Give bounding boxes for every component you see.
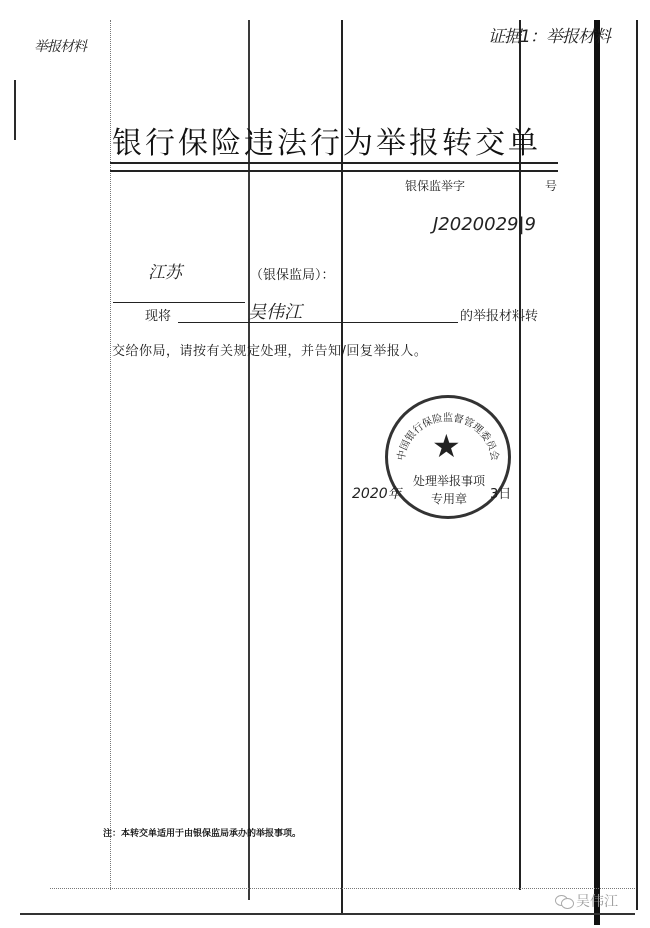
- bottom-rule: [20, 913, 635, 915]
- footnote: 注：本转交单适用于由银保监局承办的举报事项。: [103, 826, 301, 839]
- scanned-document: 举报材料 证据1：举报材料 银行保险违法行为举报转交单 银保监举字 号 J202…: [0, 0, 650, 928]
- doc-number-label: 银保监举字: [405, 177, 465, 194]
- body-line1-prefix: 现将: [145, 305, 171, 324]
- date-day: 3日: [490, 483, 511, 502]
- title-rule: [110, 162, 558, 164]
- doc-number-suffix: 号: [545, 177, 557, 194]
- star-icon: ★: [432, 430, 461, 462]
- wechat-icon: [555, 895, 573, 907]
- body-line2: 交给你局，请按有关规定处理，并告知/回复举报人。: [112, 340, 427, 359]
- recipient-suffix: （银保监局）：: [250, 264, 335, 283]
- document-title: 银行保险违法行为举报转交单: [112, 118, 572, 162]
- handwritten-note-top-right: 证据1：举报材料: [488, 22, 610, 47]
- watermark: 吴伟江: [555, 891, 618, 911]
- body-line1-suffix: 的举报材料转: [460, 305, 538, 324]
- doc-number-value: J2020029|9: [433, 214, 536, 235]
- seal-line1: 处理举报事项: [404, 472, 494, 489]
- reporter-name: 吴伟江: [248, 298, 302, 324]
- seal-line2: 专用章: [404, 490, 494, 507]
- handwritten-note-top-left: 举报材料: [34, 36, 86, 56]
- title-rule: [110, 170, 558, 172]
- recipient-underline: [113, 282, 245, 303]
- scan-artifact-line: [594, 20, 600, 925]
- name-underline: [178, 322, 458, 323]
- scan-artifact-line: [110, 20, 111, 890]
- date-year: 2020年: [352, 483, 402, 503]
- recipient-value: 江苏: [148, 258, 182, 283]
- watermark-text: 吴伟江: [576, 891, 618, 911]
- bottom-dotted-rule: [50, 888, 635, 890]
- scan-artifact-line: [14, 80, 16, 140]
- scan-artifact-line: [636, 20, 638, 910]
